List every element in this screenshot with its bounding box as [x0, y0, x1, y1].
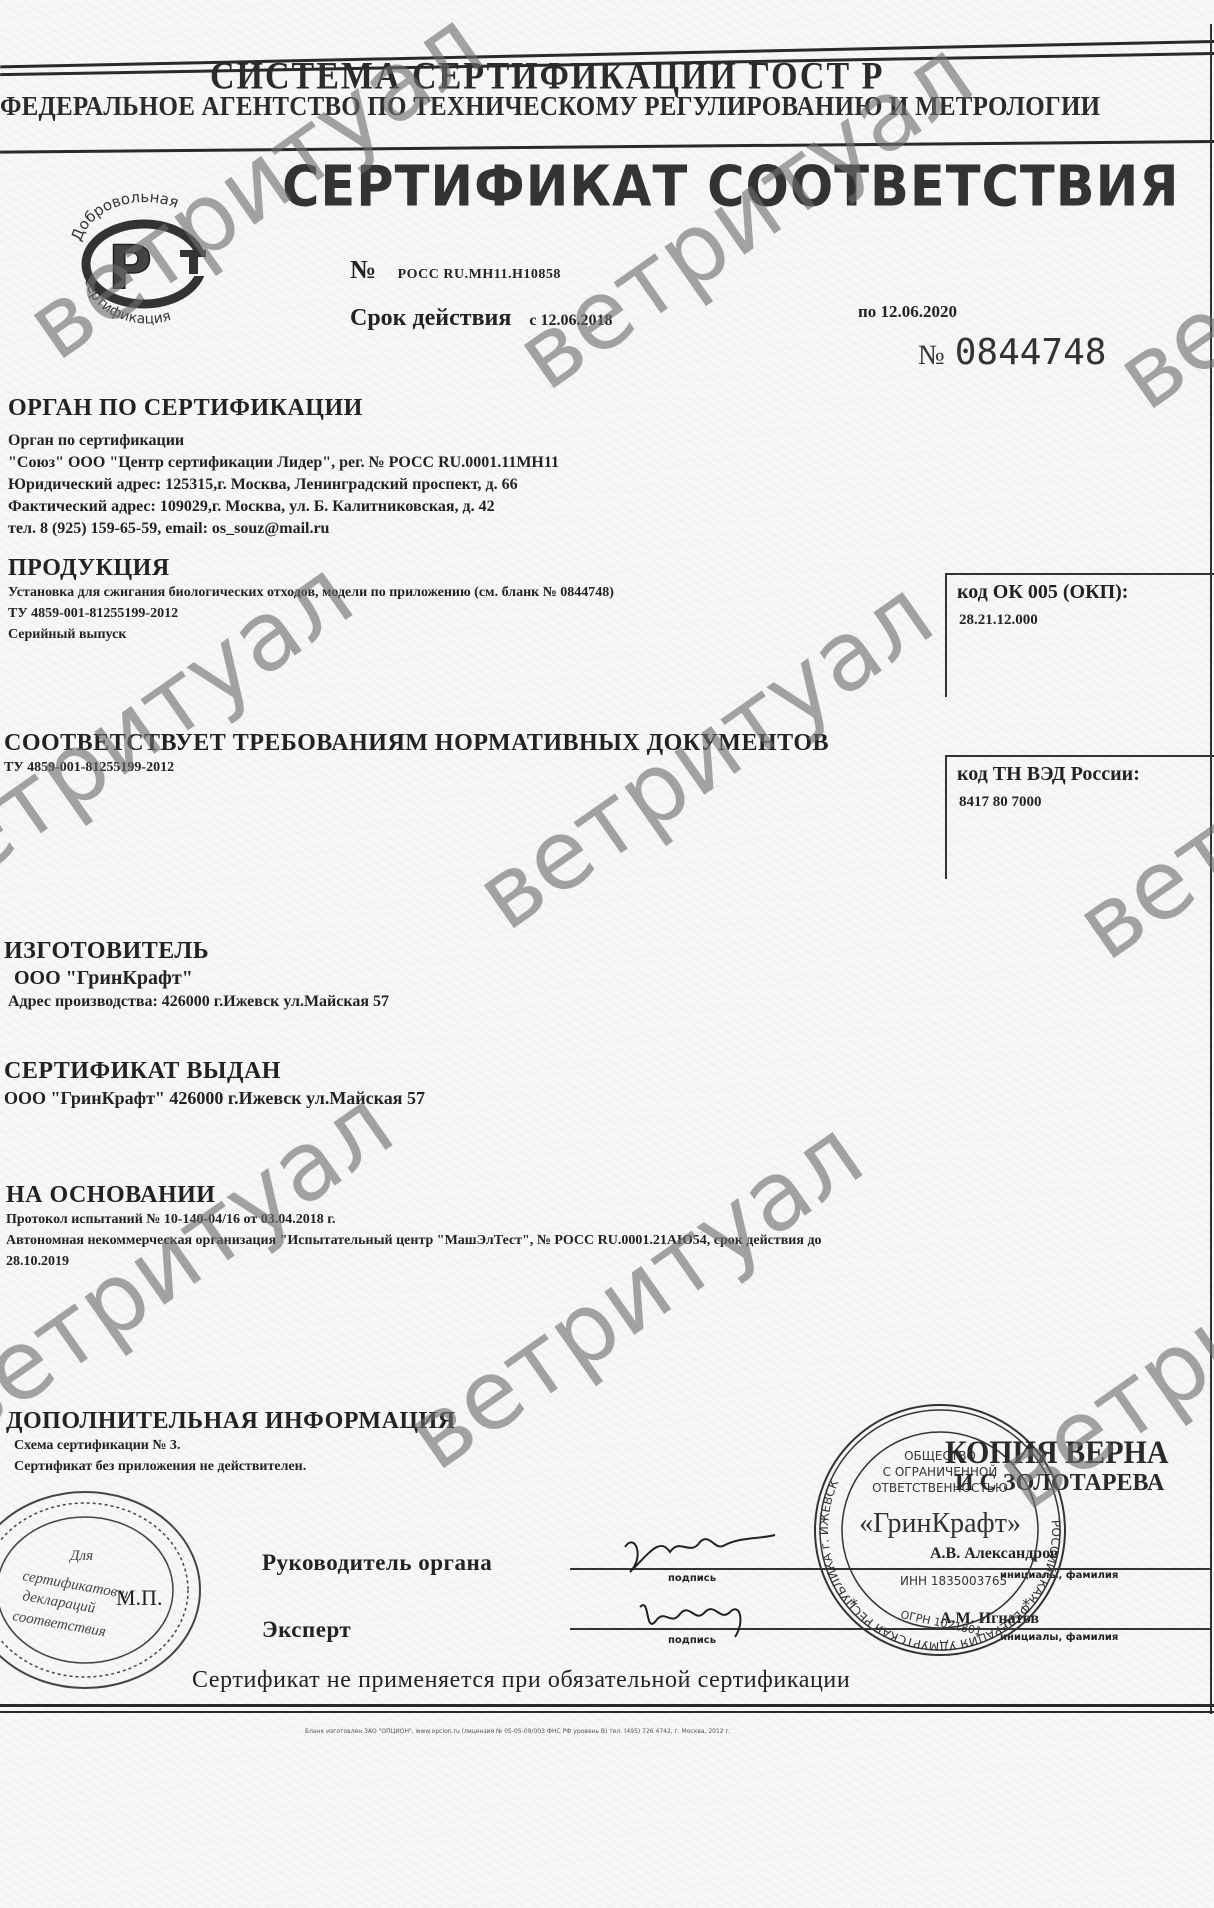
product-line: Серийный выпуск [8, 624, 614, 645]
basis-section: НА ОСНОВАНИИ Протокол испытаний № 10-140… [6, 1182, 822, 1272]
expert-label: Эксперт [262, 1617, 351, 1643]
tnved-value: 8417 80 7000 [947, 786, 1214, 811]
number-value: РОСС RU.МН11.Н10858 [398, 267, 561, 282]
additional-info-heading: ДОПОЛНИТЕЛЬНАЯ ИНФОРМАЦИЯ [6, 1408, 456, 1435]
number-label: № [350, 255, 376, 284]
additional-info-section: ДОПОЛНИТЕЛЬНАЯ ИНФОРМАЦИЯ Схема сертифик… [6, 1408, 456, 1477]
compliance-heading: СООТВЕТСТВУЕТ ТРЕБОВАНИЯМ НОРМАТИВНЫХ ДО… [4, 730, 829, 757]
basis-heading: НА ОСНОВАНИИ [6, 1182, 822, 1209]
manufacturer-section: ИЗГОТОВИТЕЛЬ ООО "ГринКрафт" Адрес произ… [4, 938, 389, 1013]
manufacturer-name: ООО "ГринКрафт" [4, 965, 389, 991]
watermark: ветритуал [386, 1098, 883, 1492]
compliance-line: ТУ 4859-001-81255199-2012 [4, 757, 829, 778]
footer-line-1 [0, 1704, 1214, 1707]
signature-scribble-icon [620, 1527, 780, 1577]
certificate-number: № РОСС RU.МН11.Н10858 [350, 255, 561, 285]
svg-text:ОГРН 1021801: ОГРН 1021801 [899, 1608, 983, 1638]
product-heading: ПРОДУКЦИЯ [8, 555, 614, 582]
cb-line: "Союз" ООО "Центр сертификации Лидер", р… [8, 452, 559, 474]
compliance-section: СООТВЕТСТВУЕТ ТРЕБОВАНИЯМ НОРМАТИВНЫХ ДО… [4, 730, 829, 778]
footer-line-2 [0, 1711, 1214, 1713]
valid-to: по 12.06.2020 [858, 302, 957, 322]
issued-to-heading: СЕРТИФИКАТ ВЫДАН [4, 1058, 425, 1085]
svg-text:Для: Для [68, 1548, 93, 1564]
watermark: ветритуал [1096, 38, 1214, 432]
cb-line: Орган по сертификации [8, 430, 559, 452]
svg-text:P: P [108, 233, 152, 303]
head-signature-caption: подпись [668, 1573, 716, 1584]
rst-mark-icon: Добровольная P сертификация [60, 190, 230, 330]
cb-line: тел. 8 (925) 159-65-59, email: os_souz@m… [8, 518, 559, 540]
cb-line: Фактический адрес: 109029,г. Москва, ул.… [8, 496, 559, 518]
certification-body-section: ОРГАН ПО СЕРТИФИКАЦИИ Орган по сертифика… [8, 395, 559, 540]
agency-name: ФЕДЕРАЛЬНОЕ АГЕНТСТВО ПО ТЕХНИЧЕСКОМУ РЕ… [0, 92, 1100, 123]
rst-logo: Добровольная P сертификация [60, 190, 230, 330]
product-section: ПРОДУКЦИЯ Установка для сжигания биологи… [8, 555, 614, 645]
tnved-label: код ТН ВЭД России: [947, 757, 1214, 786]
copy-verified-signer: И С ЗОЛОТАРЕВА [955, 1470, 1164, 1497]
header-divider-line [0, 140, 1214, 154]
svg-text:ИНН 1835003765: ИНН 1835003765 [900, 1574, 1007, 1588]
manufacturer-address: Адрес производства: 426000 г.Ижевск ул.М… [4, 991, 389, 1013]
tnved-code-box: код ТН ВЭД России: 8417 80 7000 [945, 755, 1214, 879]
basis-line: 28.10.2019 [6, 1251, 822, 1272]
manufacturer-heading: ИЗГОТОВИТЕЛЬ [4, 938, 389, 965]
head-of-body-label: Руководитель органа [262, 1550, 492, 1576]
certificate-page: СИСТЕМА СЕРТИФИКАЦИИ ГОСТ Р ФЕДЕРАЛЬНОЕ … [0, 0, 1214, 1908]
blank-number-label: № [918, 340, 945, 371]
copy-verified-stamp: КОПИЯ ВЕРНА [945, 1434, 1169, 1471]
okp-label: код ОК 005 (ОКП): [947, 575, 1214, 604]
printer-info: Бланк изготовлен ЗАО "ОПЦИОН", www.opcio… [305, 1728, 731, 1735]
document-title: СЕРТИФИКАТ СООТВЕТСТВИЯ [282, 155, 1180, 220]
basis-line: Автономная некоммерческая организация "И… [6, 1230, 822, 1251]
left-round-stamp: Для сертификатов и деклараций соответств… [0, 1480, 220, 1705]
blank-number-value: 0844748 [955, 332, 1107, 373]
product-line: ТУ 4859-001-81255199-2012 [8, 603, 614, 624]
validity-period: Срок действия с 12.06.2018 [350, 305, 612, 332]
okp-value: 28.21.12.000 [947, 604, 1214, 629]
mp-label: М.П. [116, 1585, 162, 1611]
validity-label: Срок действия [350, 305, 511, 331]
svg-text:*: * [1022, 1595, 1030, 1614]
product-line: Установка для сжигания биологических отх… [8, 582, 614, 603]
certification-body-heading: ОРГАН ПО СЕРТИФИКАЦИИ [8, 395, 559, 422]
svg-text:«ГринКрафт»: «ГринКрафт» [859, 1508, 1021, 1539]
cb-line: Юридический адрес: 125315,г. Москва, Лен… [8, 474, 559, 496]
additional-line: Схема сертификации № 3. [6, 1435, 456, 1456]
valid-from: с 12.06.2018 [529, 312, 612, 329]
issued-to-line: ООО "ГринКрафт" 426000 г.Ижевск ул.Майск… [4, 1085, 425, 1111]
svg-text:*: * [850, 1595, 858, 1614]
blank-number: №0844748 [918, 332, 1106, 373]
issued-to-section: СЕРТИФИКАТ ВЫДАН ООО "ГринКрафт" 426000 … [4, 1058, 425, 1111]
additional-line: Сертификат без приложения не действителе… [6, 1456, 456, 1477]
okp-code-box: код ОК 005 (ОКП): 28.21.12.000 [945, 573, 1214, 697]
voluntary-note: Сертификат не применяется при обязательн… [192, 1667, 850, 1694]
expert-signature-caption: подпись [668, 1635, 716, 1646]
basis-line: Протокол испытаний № 10-140-04/16 от 03.… [6, 1209, 822, 1230]
